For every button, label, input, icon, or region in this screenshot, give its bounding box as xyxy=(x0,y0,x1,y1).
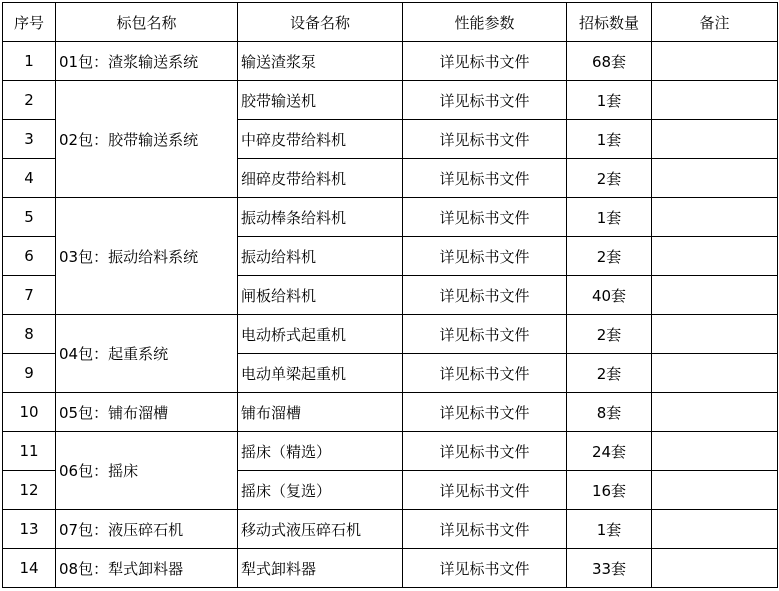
device-name: 闸板给料机 xyxy=(238,276,403,315)
package-name: 06包：摇床 xyxy=(56,432,238,510)
table-row: 804包：起重系统电动桥式起重机详见标书文件2套 xyxy=(3,315,778,354)
row-number: 4 xyxy=(3,159,56,198)
quantity: 2套 xyxy=(567,237,652,276)
row-number: 8 xyxy=(3,315,56,354)
spec: 详见标书文件 xyxy=(403,432,567,471)
table-row: 1307包：液压碎石机移动式液压碎石机详见标书文件1套 xyxy=(3,510,778,549)
quantity: 1套 xyxy=(567,81,652,120)
header-package: 标包名称 xyxy=(56,3,238,42)
header-qty: 招标数量 xyxy=(567,3,652,42)
note xyxy=(652,198,778,237)
header-spec: 性能参数 xyxy=(403,3,567,42)
quantity: 68套 xyxy=(567,42,652,81)
note xyxy=(652,471,778,510)
spec: 详见标书文件 xyxy=(403,315,567,354)
spec: 详见标书文件 xyxy=(403,120,567,159)
table-row: 101包：渣浆输送系统输送渣浆泵详见标书文件68套 xyxy=(3,42,778,81)
device-name: 输送渣浆泵 xyxy=(238,42,403,81)
header-no: 序号 xyxy=(3,3,56,42)
spec: 详见标书文件 xyxy=(403,510,567,549)
note xyxy=(652,237,778,276)
header-note: 备注 xyxy=(652,3,778,42)
device-name: 细碎皮带给料机 xyxy=(238,159,403,198)
device-name: 电动单梁起重机 xyxy=(238,354,403,393)
quantity: 16套 xyxy=(567,471,652,510)
row-number: 13 xyxy=(3,510,56,549)
quantity: 2套 xyxy=(567,354,652,393)
device-name: 振动给料机 xyxy=(238,237,403,276)
package-name: 07包：液压碎石机 xyxy=(56,510,238,549)
spec: 详见标书文件 xyxy=(403,276,567,315)
table-row: 202包：胶带输送系统胶带输送机详见标书文件1套 xyxy=(3,81,778,120)
row-number: 5 xyxy=(3,198,56,237)
note xyxy=(652,354,778,393)
spec: 详见标书文件 xyxy=(403,42,567,81)
note xyxy=(652,276,778,315)
table-row: 1106包：摇床摇床（精选）详见标书文件24套 xyxy=(3,432,778,471)
quantity: 2套 xyxy=(567,315,652,354)
quantity: 33套 xyxy=(567,549,652,588)
package-name: 04包：起重系统 xyxy=(56,315,238,393)
spec: 详见标书文件 xyxy=(403,237,567,276)
package-name: 05包：铺布溜槽 xyxy=(56,393,238,432)
note xyxy=(652,393,778,432)
header-device: 设备名称 xyxy=(238,3,403,42)
note xyxy=(652,510,778,549)
device-name: 中碎皮带给料机 xyxy=(238,120,403,159)
row-number: 10 xyxy=(3,393,56,432)
table-row: 503包：振动给料系统振动棒条给料机详见标书文件1套 xyxy=(3,198,778,237)
table-body: 101包：渣浆输送系统输送渣浆泵详见标书文件68套202包：胶带输送系统胶带输送… xyxy=(3,42,778,588)
device-name: 振动棒条给料机 xyxy=(238,198,403,237)
quantity: 2套 xyxy=(567,159,652,198)
row-number: 9 xyxy=(3,354,56,393)
spec: 详见标书文件 xyxy=(403,393,567,432)
table-row: 1408包：犁式卸料器犁式卸料器详见标书文件33套 xyxy=(3,549,778,588)
note xyxy=(652,432,778,471)
device-name: 摇床（复选） xyxy=(238,471,403,510)
quantity: 8套 xyxy=(567,393,652,432)
device-name: 铺布溜槽 xyxy=(238,393,403,432)
row-number: 7 xyxy=(3,276,56,315)
header-row: 序号 标包名称 设备名称 性能参数 招标数量 备注 xyxy=(3,3,778,42)
package-name: 01包：渣浆输送系统 xyxy=(56,42,238,81)
spec: 详见标书文件 xyxy=(403,354,567,393)
package-name: 02包：胶带输送系统 xyxy=(56,81,238,198)
row-number: 2 xyxy=(3,81,56,120)
row-number: 12 xyxy=(3,471,56,510)
device-name: 犁式卸料器 xyxy=(238,549,403,588)
tender-table: 序号 标包名称 设备名称 性能参数 招标数量 备注 101包：渣浆输送系统输送渣… xyxy=(2,2,778,588)
device-name: 摇床（精选） xyxy=(238,432,403,471)
row-number: 1 xyxy=(3,42,56,81)
row-number: 3 xyxy=(3,120,56,159)
quantity: 1套 xyxy=(567,510,652,549)
spec: 详见标书文件 xyxy=(403,81,567,120)
table-row: 1005包：铺布溜槽铺布溜槽详见标书文件8套 xyxy=(3,393,778,432)
device-name: 移动式液压碎石机 xyxy=(238,510,403,549)
quantity: 1套 xyxy=(567,120,652,159)
note xyxy=(652,42,778,81)
quantity: 40套 xyxy=(567,276,652,315)
note xyxy=(652,81,778,120)
device-name: 电动桥式起重机 xyxy=(238,315,403,354)
quantity: 1套 xyxy=(567,198,652,237)
row-number: 6 xyxy=(3,237,56,276)
device-name: 胶带输送机 xyxy=(238,81,403,120)
row-number: 14 xyxy=(3,549,56,588)
spec: 详见标书文件 xyxy=(403,159,567,198)
note xyxy=(652,549,778,588)
quantity: 24套 xyxy=(567,432,652,471)
row-number: 11 xyxy=(3,432,56,471)
note xyxy=(652,315,778,354)
spec: 详见标书文件 xyxy=(403,198,567,237)
spec: 详见标书文件 xyxy=(403,549,567,588)
note xyxy=(652,159,778,198)
note xyxy=(652,120,778,159)
spec: 详见标书文件 xyxy=(403,471,567,510)
package-name: 03包：振动给料系统 xyxy=(56,198,238,315)
package-name: 08包：犁式卸料器 xyxy=(56,549,238,588)
